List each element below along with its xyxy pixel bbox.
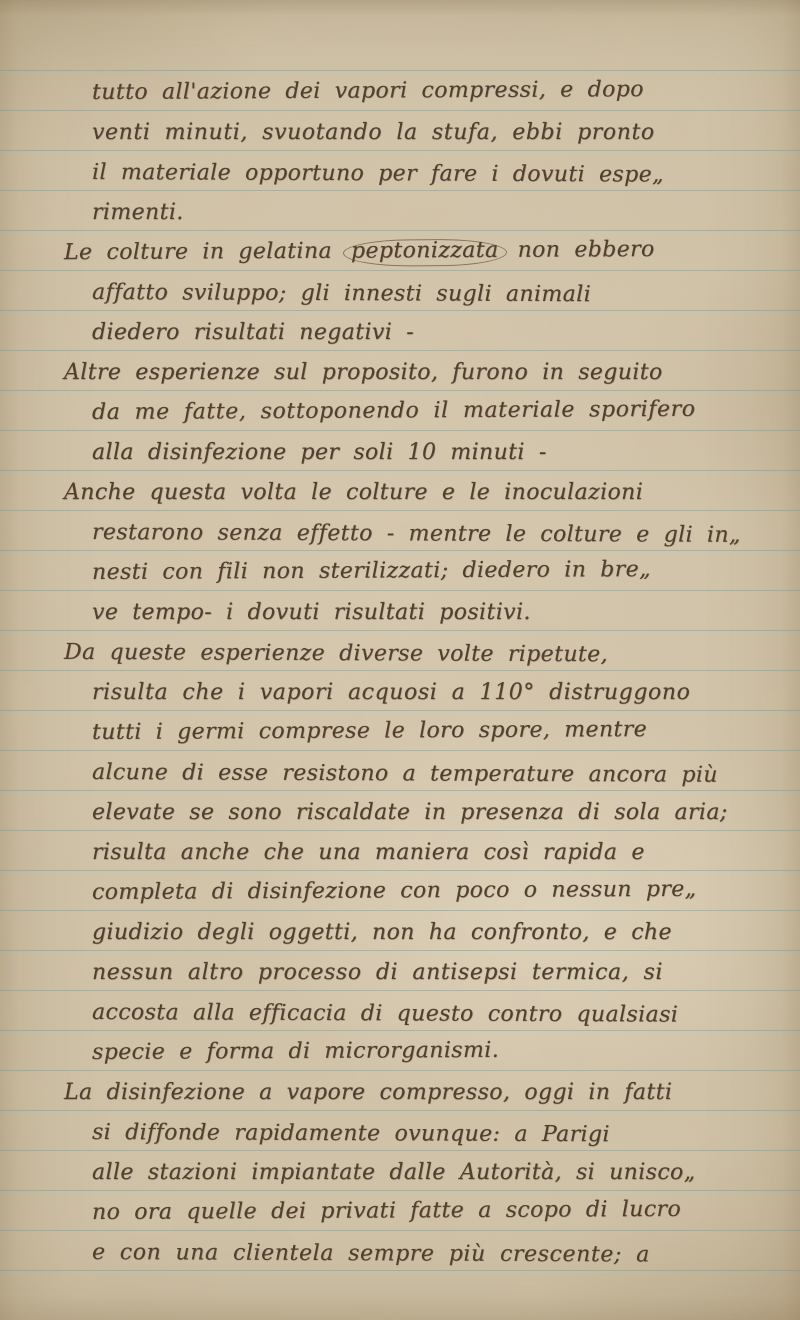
manuscript-line: da me fatte, sottoponendo il materiale s… bbox=[0, 386, 800, 430]
manuscript-line: Da queste esperienze diverse volte ripet… bbox=[0, 630, 800, 673]
circled-word: peptonizzata bbox=[343, 239, 507, 267]
manuscript-line: diedero risultati negativi - bbox=[0, 310, 800, 350]
manuscript-page: tutto all'azione dei vapori compressi, e… bbox=[0, 0, 800, 1320]
manuscript-line: tutto all'azione dei vapori compressi, e… bbox=[0, 66, 800, 110]
manuscript-line: Le colture in gelatina peptonizzata non … bbox=[0, 226, 800, 270]
manuscript-line: e con una clientela sempre più crescente… bbox=[0, 1230, 800, 1273]
manuscript-line: venti minuti, svuotando la stufa, ebbi p… bbox=[0, 110, 800, 150]
manuscript-line: completa di disinfezione con poco o ness… bbox=[0, 866, 800, 910]
manuscript-line: no ora quelle dei privati fatte a scopo … bbox=[0, 1186, 800, 1230]
manuscript-line: alle stazioni impiantate dalle Autorità,… bbox=[0, 1150, 800, 1190]
manuscript-line: ve tempo- i dovuti risultati positivi. bbox=[0, 590, 800, 630]
manuscript-line: affatto sviluppo; gli innesti sugli anim… bbox=[0, 270, 800, 313]
manuscript-line: tutti i germi comprese le loro spore, me… bbox=[0, 706, 800, 750]
manuscript-line-segment: non ebbero bbox=[503, 237, 654, 263]
manuscript-line-segment: Le colture in gelatina bbox=[64, 239, 346, 265]
manuscript-line: nesti con fili non sterilizzati; diedero… bbox=[0, 546, 800, 590]
manuscript-line: alcune di esse resistono a temperature a… bbox=[0, 750, 800, 793]
manuscript-line: rimenti. bbox=[0, 190, 800, 230]
manuscript-line: specie e forma di microrganismi. bbox=[0, 1026, 800, 1070]
manuscript-line: risulta anche che una maniera così rapid… bbox=[0, 830, 800, 870]
manuscript-line: si diffonde rapidamente ovunque: a Parig… bbox=[0, 1110, 800, 1153]
manuscript-line: risulta che i vapori acquosi a 110° dist… bbox=[0, 670, 800, 710]
manuscript-line: La disinfezione a vapore compresso, oggi… bbox=[0, 1070, 800, 1110]
manuscript-line: il materiale opportuno per fare i dovuti… bbox=[0, 150, 800, 193]
manuscript-line: elevate se sono riscaldate in presenza d… bbox=[0, 790, 800, 830]
handwritten-text-block: tutto all'azione dei vapori compressi, e… bbox=[0, 70, 800, 1270]
manuscript-line: Anche questa volta le colture e le inocu… bbox=[0, 470, 800, 510]
manuscript-line: giudizio degli oggetti, non ha confronto… bbox=[0, 910, 800, 950]
manuscript-line: alla disinfezione per soli 10 minuti - bbox=[0, 430, 800, 470]
manuscript-line: nessun altro processo di antisepsi termi… bbox=[0, 950, 800, 990]
manuscript-line: Altre esperienze sul proposito, furono i… bbox=[0, 350, 800, 390]
